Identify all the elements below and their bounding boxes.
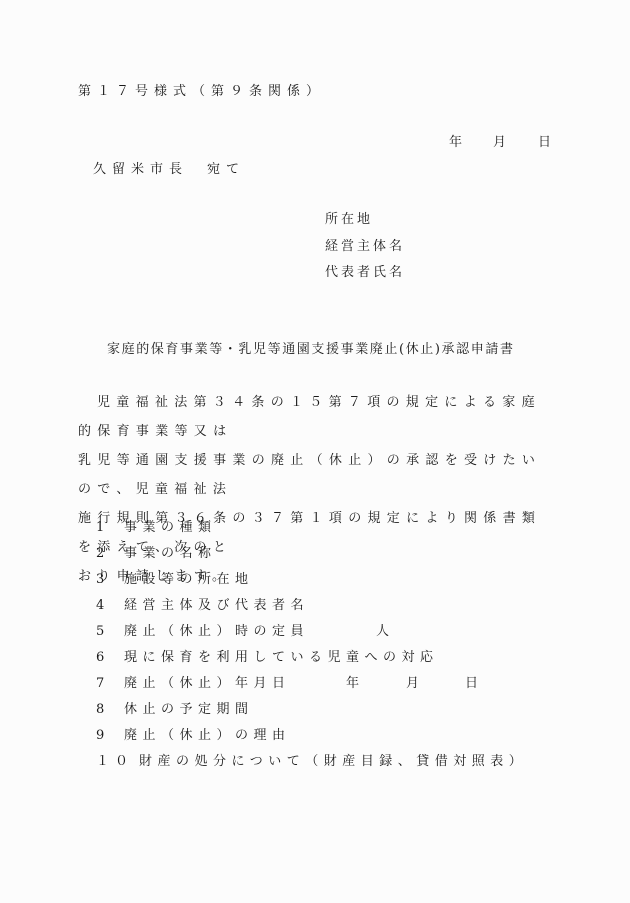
item-number: 5 (96, 624, 110, 640)
item-text: 廃止（休止）時の定員 (124, 624, 309, 640)
item-number: 7 (96, 676, 110, 692)
form-number: 第１７号様式（第９条関係） (78, 84, 325, 100)
body-line: 児童福祉法第３４条の１５第７項の規定による家庭的保育事業等又は (78, 388, 558, 446)
date-day: 日 (538, 135, 551, 151)
item-date-month: 月 (406, 676, 419, 692)
item-number: 1 (96, 520, 110, 536)
item-number: 3 (96, 572, 110, 588)
item-text: 事業の名称 (124, 546, 217, 562)
addressee: 久留米市長 宛て (93, 162, 245, 178)
item-number: 4 (96, 598, 110, 614)
item-text: 財産の処分について（財産目録、貸借対照表） (139, 754, 527, 770)
capacity-unit: 人 (376, 624, 389, 640)
item-text: 廃止（休止）の理由 (124, 728, 291, 744)
item-text: 休止の予定期間 (124, 702, 254, 718)
item-number: 8 (96, 702, 110, 718)
item-number: 9 (96, 728, 110, 744)
item-date-year: 年 (346, 676, 359, 692)
address-label: 所在地 (325, 212, 373, 228)
item-text: 廃止（休止）年月日 (124, 676, 291, 692)
representative-label: 代表者氏名 (325, 265, 405, 281)
document-title: 家庭的保育事業等・乳児等通園支援事業廃止(休止)承認申請書 (107, 342, 515, 358)
item-number: 2 (96, 546, 110, 562)
item-text: 施設等の所在地 (124, 572, 254, 588)
item-text: 経営主体及び代表者名 (124, 598, 309, 614)
date-year: 年 (449, 135, 462, 151)
body-line: 乳児等通園支援事業の廃止（休止）の承認を受けたいので、児童福祉法 (78, 446, 558, 504)
operator-label: 経営主体名 (325, 239, 405, 255)
item-text: 現に保育を利用している児童への対応 (124, 650, 439, 666)
item-text: 事業の種類 (124, 520, 217, 536)
date-month: 月 (493, 135, 506, 151)
item-date-day: 日 (465, 676, 478, 692)
item-number: 6 (96, 650, 110, 666)
item-number: １０ (96, 754, 134, 770)
